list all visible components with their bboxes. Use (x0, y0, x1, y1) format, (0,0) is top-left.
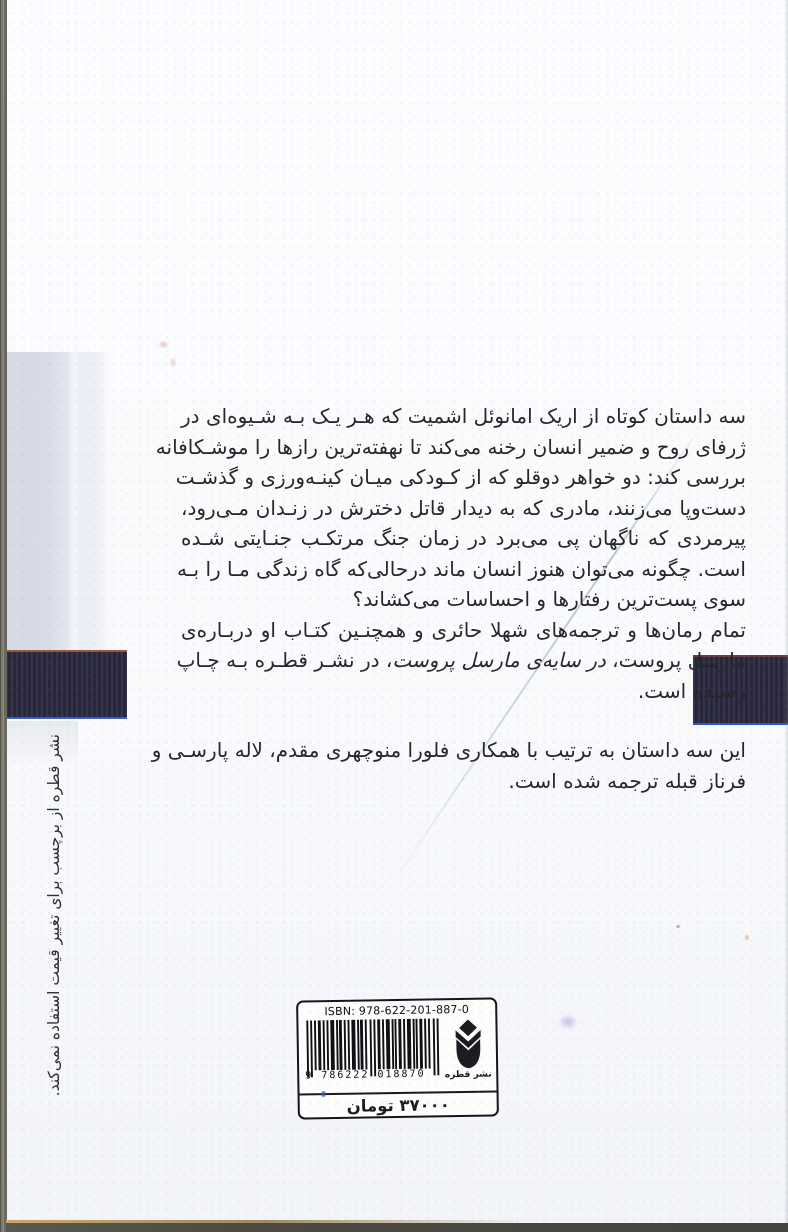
scan-left-edge (0, 0, 7, 1232)
barcode-digits: 9 786222 018870 (305, 1068, 441, 1081)
isbn-number: ISBN: 978-622-201-887-0 (298, 1002, 495, 1018)
publisher-name: نشر قطره (445, 1070, 492, 1081)
blurb-line: دست‌وپا می‌زنند، مادری که به دیدار قاتل … (181, 493, 746, 524)
publisher-logo: نشر قطره (443, 1018, 492, 1092)
scan-bottom-edge (6, 1223, 788, 1232)
barcode-row: 9 786222 018870 نشر قطره (304, 1018, 492, 1094)
price-value: ۳۷۰۰۰ تومان (347, 1095, 450, 1116)
blurb-line: مارسل پروست، در سایه‌ی مارسل پروست، در ن… (181, 645, 746, 676)
spine-gray-band (6, 352, 110, 652)
spine-price-policy-note: نشر قطره از برچسب برای تغییر قیمت استفاد… (45, 734, 71, 1124)
ean13-barcode: 9 786222 018870 (304, 1018, 441, 1093)
scan-right-shadow (784, 0, 788, 1232)
cover-black-bar-left (6, 650, 127, 719)
blurb-line: تمام رمان‌ها و ترجمه‌های شهلا حائری و هم… (181, 615, 746, 646)
blurb-line: سه داستان کوتاه از اریک امانوئل اشمیت که… (181, 401, 746, 432)
rust-stain (158, 340, 169, 349)
price: ۳۷۰۰۰ تومان (300, 1090, 497, 1117)
back-cover-blurb: سه داستان کوتاه از اریک امانوئل اشمیت که… (181, 401, 746, 796)
blurb-line: بررسی کند: دو خواهر دوقلو که از کـودکی م… (181, 462, 746, 493)
blurb-line: این سه داستان به ترتیب با همکاری فلورا م… (181, 735, 746, 766)
orange-speck (744, 934, 750, 941)
book-title-italic: در سایه‌ی مارسل پروست (392, 648, 605, 672)
blurb-line: رسیده است. (181, 676, 746, 707)
blurb-line: است. چگونه می‌توان هنوز انسان ماند درحال… (181, 554, 746, 585)
blurb-line: فرناز قبله ترجمه شده است. (181, 766, 746, 797)
ink-smudge (558, 1014, 578, 1030)
blurb-text: مارسل پروست، (606, 648, 746, 672)
rust-stain (169, 357, 177, 368)
blurb-text: ، در نشـر قطـره بـه چـاپ (177, 648, 393, 672)
ghatreh-droplet-icon (449, 1019, 487, 1070)
blurb-line: ژرفای روح و ضمیر انسان رخنه می‌کند تا نه… (181, 432, 746, 463)
dust-speck (676, 925, 680, 928)
blurb-line: سوی پست‌ترین رفتارها و احساسات می‌کشاند؟ (181, 584, 746, 615)
blurb-line: پیرمردی که ناگهان پی می‌برد در زمان جنگ … (181, 523, 746, 554)
isbn-price-box: ISBN: 978-622-201-887-0 (296, 997, 499, 1119)
